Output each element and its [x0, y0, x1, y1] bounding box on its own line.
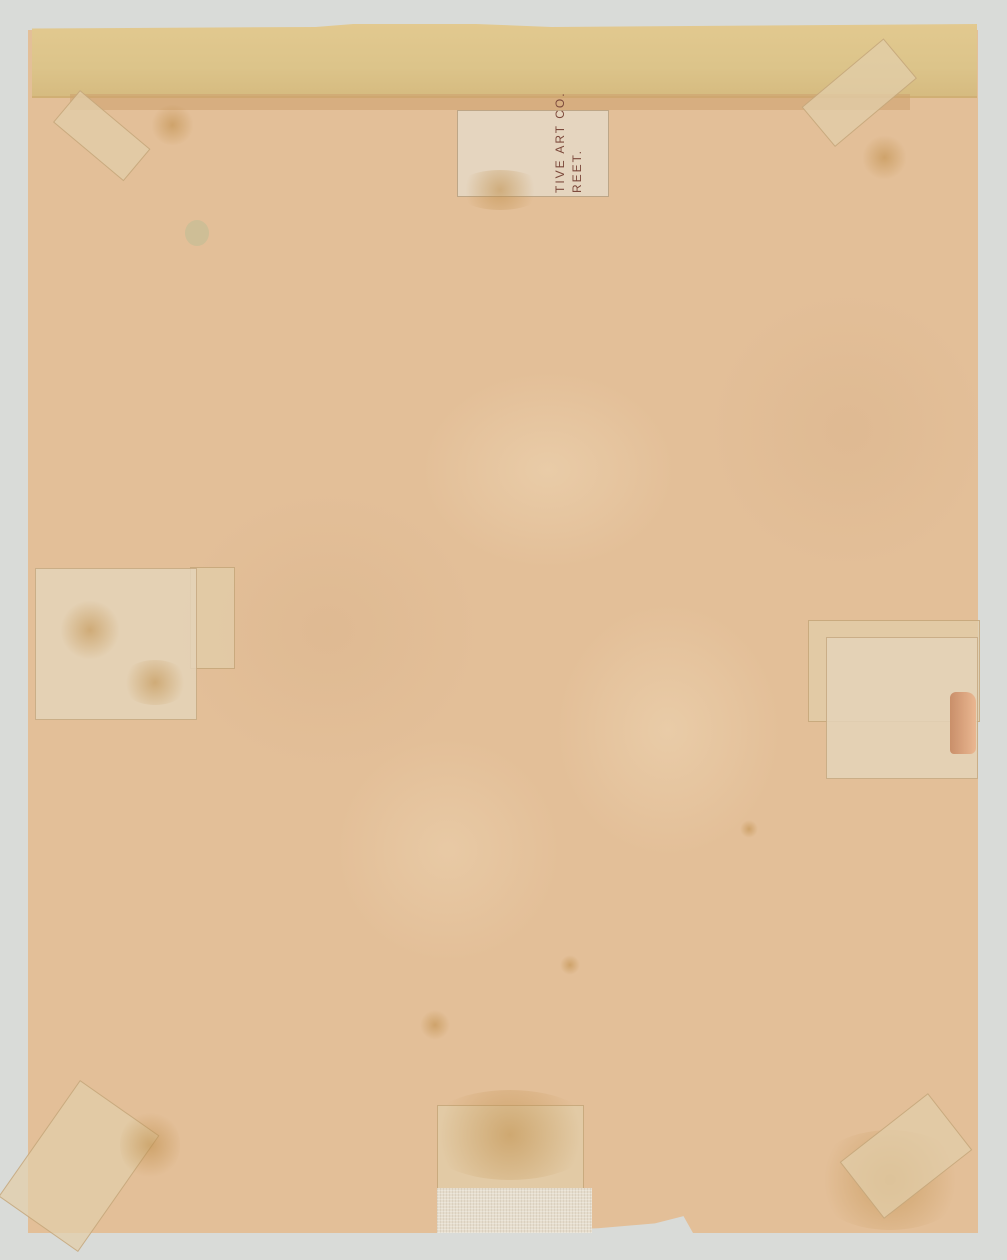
- stain: [455, 170, 545, 210]
- under-tape-strip: [70, 94, 910, 110]
- cloth-tape: [437, 1188, 592, 1233]
- stain: [120, 1110, 180, 1180]
- stain: [420, 1090, 600, 1180]
- stain: [120, 660, 190, 705]
- stain: [420, 1010, 450, 1040]
- stain: [740, 820, 758, 838]
- stain: [560, 955, 580, 975]
- stain: [150, 105, 195, 145]
- stain: [60, 600, 120, 660]
- torn-paper-flap: [950, 692, 976, 754]
- label-text-line1: TIVE ART CO.: [553, 91, 567, 193]
- label-text-line2: REET.: [570, 149, 584, 193]
- stain: [185, 220, 209, 246]
- stain: [862, 135, 907, 180]
